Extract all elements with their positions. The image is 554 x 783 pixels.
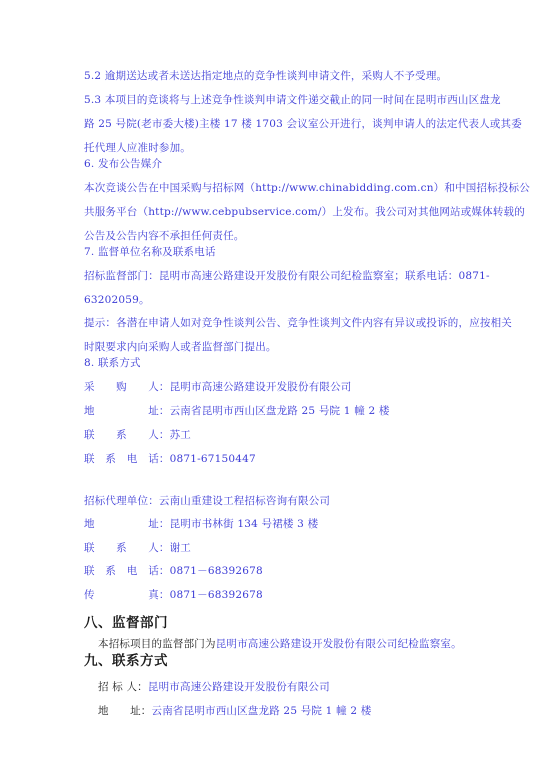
section-7-title: 7. 监督单位名称及联系电话 [84, 245, 216, 259]
tenderer-row: 招 标 人：昆明市高速公路建设开发股份有限公司 [98, 680, 330, 694]
agency-phone-value: 0871－68392678 [170, 565, 263, 577]
purchaser-phone-value: 0871-67150447 [170, 453, 256, 465]
section-eight-cn-title: 八、监督部门 [84, 616, 168, 630]
purchaser-address-value: 云南省昆明市西山区盘龙路 25 号院 1 幢 2 楼 [170, 405, 390, 417]
tenderer-value: 昆明市高速公路建设开发股份有限公司 [148, 681, 330, 693]
item-5-2: 5.2 逾期送达或者未送达指定地点的竞争性谈判申请文件，采购人不予受理。 [84, 69, 447, 83]
agency-contact-label: 联 系 人： [84, 542, 170, 554]
agency-name-value: 云南山重建设工程招标咨询有限公司 [159, 495, 330, 507]
item-5-3-line-2: 路 25 号院(老市委大楼)主楼 17 楼 1703 会议室公开进行，谈判申请人… [84, 117, 522, 131]
tenderer-label: 招 标 人： [98, 681, 148, 693]
agency-name-label: 招标代理单位： [84, 495, 159, 507]
agency-fax-row: 传 真：0871－68392678 [84, 588, 263, 602]
purchaser-contact-label: 联 系 人： [84, 429, 170, 441]
tenderer-address-row: 地 址：云南省昆明市西山区盘龙路 25 号院 1 幢 2 楼 [98, 704, 371, 718]
agency-fax-value: 0871－68392678 [170, 589, 263, 601]
item-5-3-line-1: 5.3 本项目的竞谈将与上述竞争性谈判申请文件递交截止的同一时间在昆明市西山区盘… [84, 93, 501, 107]
section-6-line-3: 公告及公告内容不承担任何责任。 [84, 229, 245, 243]
supervision-text: 本招标项目的监督部门为昆明市高速公路建设开发股份有限公司纪检监察室。 [98, 637, 462, 651]
purchaser-contact-row: 联 系 人：苏工 [84, 428, 191, 442]
section-6-title: 6. 发布公告媒介 [84, 157, 162, 171]
purchaser-contact-value: 苏工 [170, 429, 191, 441]
section-6-line-1: 本次竞谈公告在中国采购与招标网（http://www.chinabidding.… [84, 181, 530, 195]
agency-phone-row: 联 系 电 话：0871－68392678 [84, 564, 263, 578]
section-8-title: 8. 联系方式 [84, 356, 141, 370]
agency-contact-value: 谢工 [170, 542, 191, 554]
agency-name-row: 招标代理单位：云南山重建设工程招标咨询有限公司 [84, 494, 330, 508]
agency-address-value: 昆明市书林街 134 号裙楼 3 楼 [170, 518, 319, 530]
agency-address-row: 地 址：昆明市书林街 134 号裙楼 3 楼 [84, 517, 318, 531]
supervision-prefix: 本招标项目的监督部门为 [98, 638, 216, 650]
purchaser-name-value: 昆明市高速公路建设开发股份有限公司 [170, 381, 352, 393]
purchaser-address-label: 地 址： [84, 405, 170, 417]
purchaser-phone-row: 联 系 电 话：0871-67150447 [84, 452, 256, 466]
purchaser-phone-label: 联 系 电 话： [84, 453, 170, 465]
purchaser-name-row: 采 购 人：昆明市高速公路建设开发股份有限公司 [84, 380, 352, 394]
item-5-3-line-3: 托代理人应准时参加。 [84, 141, 191, 155]
tenderer-address-label: 地 址： [98, 705, 152, 717]
section-6-line-2: 共服务平台（http://www.cebpubservice.com/）上发布。… [84, 205, 525, 219]
purchaser-name-label: 采 购 人： [84, 381, 170, 393]
section-7-line-3: 提示：各潜在申请人如对竞争性谈判公告、竞争性谈判文件内容有异议或投诉的，应按相关 [84, 316, 512, 330]
agency-contact-row: 联 系 人：谢工 [84, 541, 191, 555]
section-7-line-1: 招标监督部门：昆明市高速公路建设开发股份有限公司纪检监察室；联系电话：0871- [84, 269, 490, 283]
section-7-line-2: 63202059。 [84, 293, 150, 307]
supervision-value: 昆明市高速公路建设开发股份有限公司纪检监察室。 [216, 638, 462, 650]
tenderer-address-value: 云南省昆明市西山区盘龙路 25 号院 1 幢 2 楼 [152, 705, 372, 717]
section-7-line-4: 时限要求内向采购人或者监督部门提出。 [84, 340, 277, 354]
agency-phone-label: 联 系 电 话： [84, 565, 170, 577]
agency-fax-label: 传 真： [84, 589, 170, 601]
document-page: 5.2 逾期送达或者未送达指定地点的竞争性谈判申请文件，采购人不予受理。 5.3… [0, 0, 554, 783]
section-nine-cn-title: 九、联系方式 [84, 654, 168, 668]
agency-address-label: 地 址： [84, 518, 170, 530]
purchaser-address-row: 地 址：云南省昆明市西山区盘龙路 25 号院 1 幢 2 楼 [84, 404, 390, 418]
